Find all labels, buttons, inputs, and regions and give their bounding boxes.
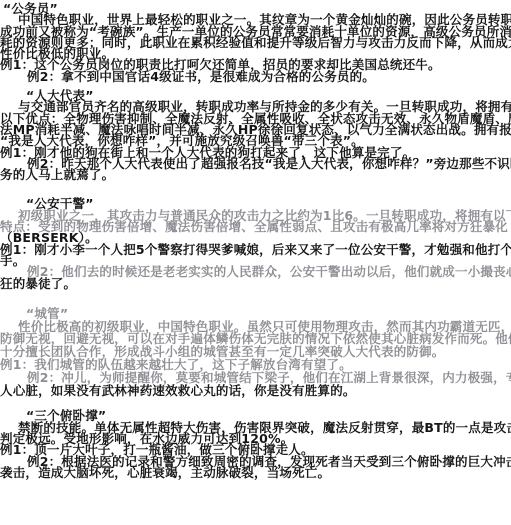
section-rendadaibiao: “人大代表”与交通部官员齐名的高级职业，转职成功率与所持金的多少有关。一旦转职成… (0, 90, 511, 180)
text-line: 狂的暴徒了。 (0, 278, 511, 289)
section-sangefuwocheng: “三个俯卧撑”禁断的技能。单体无属性超特大伤害，伤害限界突破，魔法反射贯穿，最B… (0, 410, 511, 478)
section-gongwuyuan: “公务员”中国特色职业，世界上最轻松的职业之一。其纹章为一个黄金灿灿的碗，因此公… (0, 3, 511, 82)
section-chengguan: “城管”性价比极高的初级职业，中国特色职业。虽然只可使用物理攻击，然而其内功霸道… (0, 308, 511, 398)
text-line: 例1：刚才小李一个人把5个警察打得哭爹喊娘，后来又来了一位公安干警，才勉强和他打… (0, 244, 511, 255)
section-gonganganjing: “公安干警”初级职业之一，其攻击力与普通民众的攻击力之比约为1比6。一旦转职成功… (0, 198, 511, 288)
text-line: 例2：拿不到中国官话4级证书，是很难成为合格的公务员的。 (0, 71, 511, 82)
text-line: 例2：他们去的时候还是老老实实的人民群众，公安干警出动以后，他们就成一小撮丧心病 (0, 266, 511, 277)
document-body: “公务员”中国特色职业，世界上最轻松的职业之一。其纹章为一个黄金灿灿的碗，因此公… (0, 0, 511, 478)
text-document-screenshot: “公务员”中国特色职业，世界上最轻松的职业之一。其纹章为一个黄金灿灿的碗，因此公… (0, 0, 511, 525)
text-line: 人心脏，如果没有武林神药速效救心丸的话，你是没有胜算的。 (0, 385, 511, 398)
